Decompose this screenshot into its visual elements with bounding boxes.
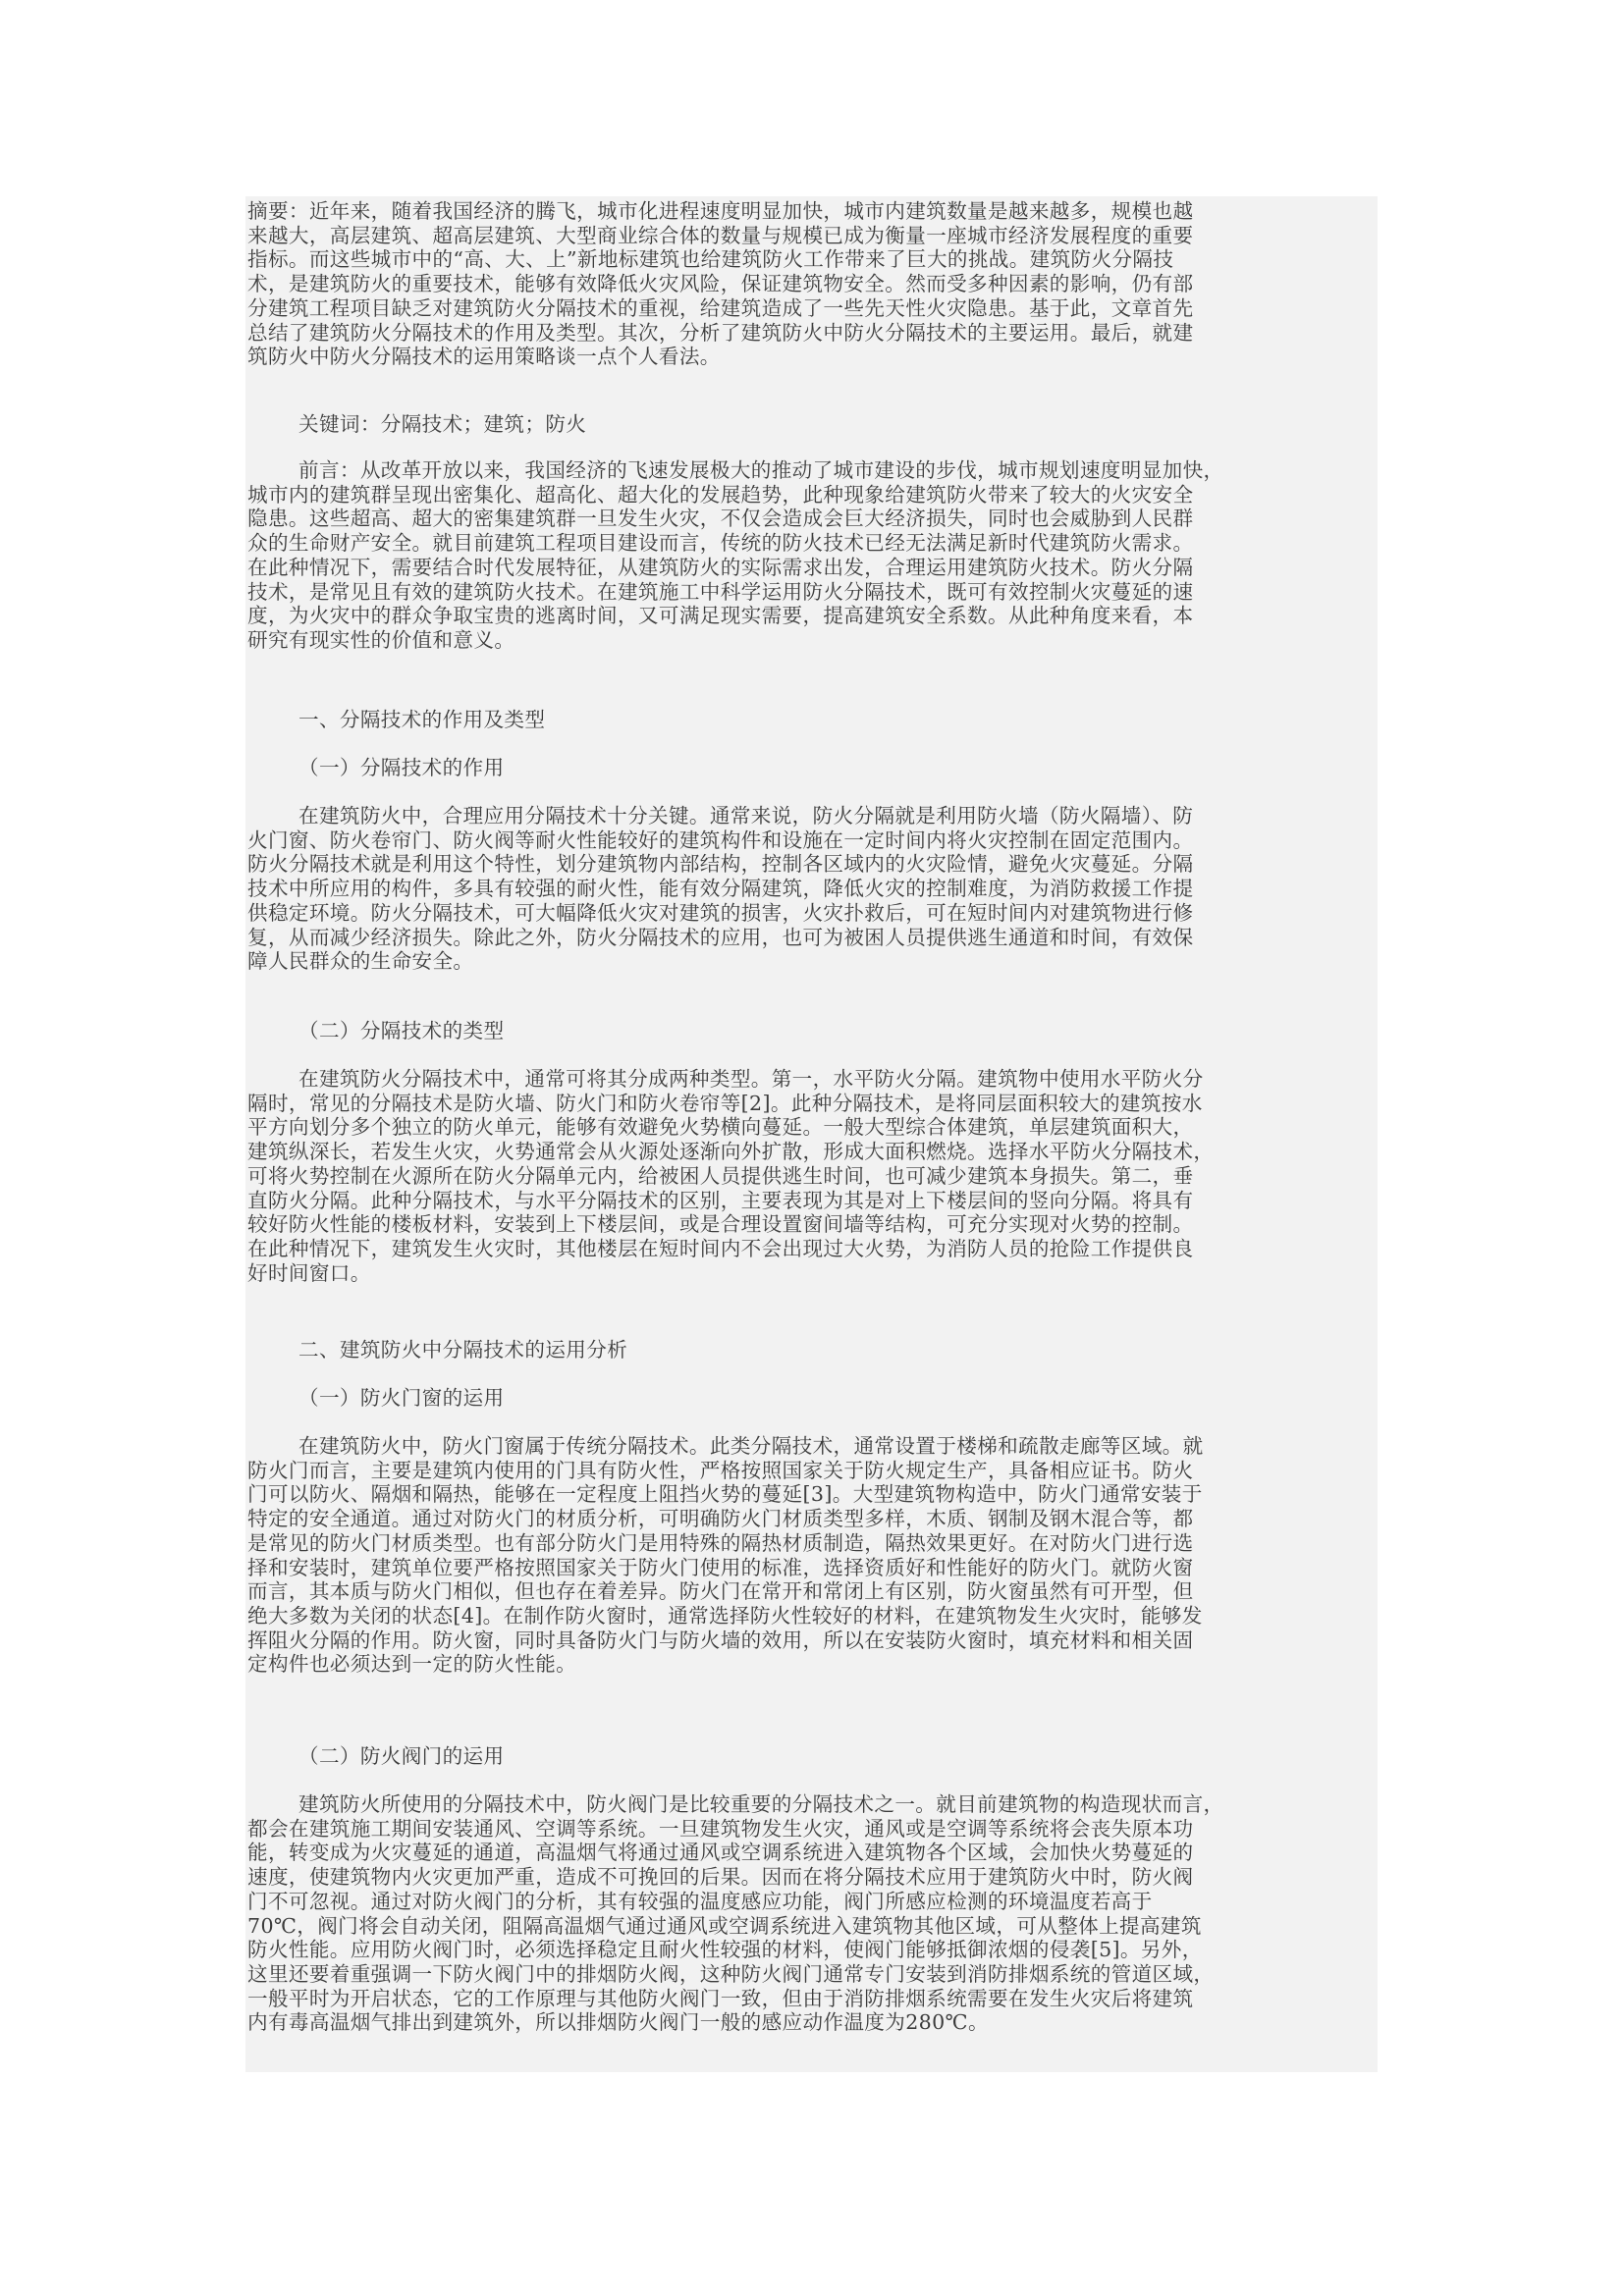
text-line: 在建筑防火中，合理应用分隔技术十分关键。通常来说，防火分隔就是利用防火墙（防火隔… bbox=[247, 804, 1386, 828]
text-line: 摘要：近年来，随着我国经济的腾飞，城市化进程速度明显加快，城市内建筑数量是越来越… bbox=[247, 199, 1386, 224]
text-line: 隐患。这些超高、超大的密集建筑群一旦发生火灾，不仅会造成会巨大经济损失，同时也会… bbox=[247, 507, 1386, 531]
keywords-paragraph: 关键词：分隔技术；建筑；防火 bbox=[247, 412, 1386, 437]
text-line: 火门窗、防火卷帘门、防火阀等耐火性能较好的建筑构件和设施在一定时间内将火灾控制在… bbox=[247, 828, 1386, 853]
heading-text: （二）分隔技术的类型 bbox=[247, 1019, 1386, 1043]
text-line: 技术中所应用的构件，多具有较强的耐火性，能有效分隔建筑，降低火灾的控制难度，为消… bbox=[247, 877, 1386, 901]
text-line: 好时间窗口。 bbox=[247, 1261, 1386, 1286]
text-line: 绝大多数为关闭的状态[4]。在制作防火窗时，通常选择防火性较好的材料，在建筑物发… bbox=[247, 1604, 1386, 1629]
section-2-1-heading: （一）防火门窗的运用 bbox=[247, 1386, 1386, 1411]
text-line: 速度，使建筑物内火灾更加严重，造成不可挽回的后果。因而在将分隔技术应用于建筑防火… bbox=[247, 1865, 1386, 1890]
text-line: 能，转变成为火灾蔓延的通道，高温烟气将通过通风或空调系统进入建筑物各个区域，会加… bbox=[247, 1841, 1386, 1865]
section-1-1-paragraph: 在建筑防火中，合理应用分隔技术十分关键。通常来说，防火分隔就是利用防火墙（防火隔… bbox=[247, 804, 1386, 974]
text-line: 分建筑工程项目缺乏对建筑防火分隔技术的重视，给建筑造成了一些先天性火灾隐患。基于… bbox=[247, 296, 1386, 321]
text-line: 一般平时为开启状态，它的工作原理与其他防火阀门一致，但由于消防排烟系统需要在发生… bbox=[247, 1987, 1386, 2011]
text-line: 特定的安全通道。通过对防火门的材质分析，可明确防火门材质类型多样，木质、钢制及钢… bbox=[247, 1507, 1386, 1531]
section-1-1-heading: （一）分隔技术的作用 bbox=[247, 756, 1386, 780]
text-line: 防火性能。应用防火阀门时，必须选择稳定且耐火性较强的材料，使阀门能够抵御浓烟的侵… bbox=[247, 1938, 1386, 1962]
text-line: 门不可忽视。通过对防火阀门的分析，其有较强的温度感应功能，阀门所感应检测的环境温… bbox=[247, 1890, 1386, 1914]
text-line: 指标。而这些城市中的“高、大、上”新地标建筑也给建筑防火工作带来了巨大的挑战。建… bbox=[247, 247, 1386, 272]
text-line: 在此种情况下，需要结合时代发展特征，从建筑防火的实际需求出发，合理运用建筑防火技… bbox=[247, 556, 1386, 580]
text-line: 筑防火中防火分隔技术的运用策略谈一点个人看法。 bbox=[247, 345, 1386, 369]
text-line: 可将火势控制在火源所在防火分隔单元内，给被困人员提供逃生时间，也可减少建筑本身损… bbox=[247, 1164, 1386, 1189]
section-2-1-paragraph: 在建筑防火中，防火门窗属于传统分隔技术。此类分隔技术，通常设置于楼梯和疏散走廊等… bbox=[247, 1434, 1386, 1677]
text-line: 度，为火灾中的群众争取宝贵的逃离时间，又可满足现实需要，提高建筑安全系数。从此种… bbox=[247, 604, 1386, 628]
section-1-2-paragraph: 在建筑防火分隔技术中，通常可将其分成两种类型。第一，水平防火分隔。建筑物中使用水… bbox=[247, 1067, 1386, 1285]
text-line: 供稳定环境。防火分隔技术，可大幅降低火灾对建筑的损害，火灾扑救后，可在短时间内对… bbox=[247, 901, 1386, 926]
preface-paragraph: 前言：从改革开放以来，我国经济的飞速发展极大的推动了城市建设的步伐，城市规划速度… bbox=[247, 458, 1386, 653]
text-line: 前言：从改革开放以来，我国经济的飞速发展极大的推动了城市建设的步伐，城市规划速度… bbox=[247, 458, 1386, 483]
text-line: 研究有现实性的价值和意义。 bbox=[247, 628, 1386, 653]
text-line: 总结了建筑防火分隔技术的作用及类型。其次，分析了建筑防火中防火分隔技术的主要运用… bbox=[247, 321, 1386, 346]
text-line: 直防火分隔。此种分隔技术，与水平分隔技术的区别，主要表现为其是对上下楼层间的竖向… bbox=[247, 1189, 1386, 1213]
text-line: 防火分隔技术就是利用这个特性，划分建筑物内部结构，控制各区域内的火灾险情，避免火… bbox=[247, 852, 1386, 877]
text-line: 城市内的建筑群呈现出密集化、超高化、超大化的发展趋势，此种现象给建筑防火带来了较… bbox=[247, 483, 1386, 507]
section-2-2-paragraph: 建筑防火所使用的分隔技术中，防火阀门是比较重要的分隔技术之一。就目前建筑物的构造… bbox=[247, 1792, 1386, 2035]
text-line: 复，从而减少经济损失。除此之外，防火分隔技术的应用，也可为被困人员提供逃生通道和… bbox=[247, 926, 1386, 950]
text-line: 而言，其本质与防火门相似，但也存在着差异。防火门在常开和常闭上有区别，防火窗虽然… bbox=[247, 1579, 1386, 1604]
text-line: 这里还要着重强调一下防火阀门中的排烟防火阀，这种防火阀门通常专门安装到消防排烟系… bbox=[247, 1962, 1386, 1987]
text-line: 挥阻火分隔的作用。防火窗，同时具备防火门与防火墙的效用，所以在安装防火窗时，填充… bbox=[247, 1629, 1386, 1653]
text-line: 技术，是常见且有效的建筑防火技术。在建筑施工中科学运用防火分隔技术，既可有效控制… bbox=[247, 580, 1386, 605]
text-line: 平方向划分多个独立的防火单元，能够有效避免火势横向蔓延。一般大型综合体建筑，单层… bbox=[247, 1115, 1386, 1140]
text-line: 众的生命财产安全。就目前建筑工程项目建设而言，传统的防火技术已经无法满足新时代建… bbox=[247, 531, 1386, 556]
heading-text: （一）防火门窗的运用 bbox=[247, 1386, 1386, 1411]
text-line: 内有毒高温烟气排出到建筑外，所以排烟防火阀门一般的感应动作温度为280℃。 bbox=[247, 2010, 1386, 2035]
text-line: 来越大，高层建筑、超高层建筑、大型商业综合体的数量与规模已成为衡量一座城市经济发… bbox=[247, 224, 1386, 248]
text-line: 择和安装时，建筑单位要严格按照国家关于防火门使用的标准，选择资质好和性能好的防火… bbox=[247, 1556, 1386, 1580]
text-line: 门可以防火、隔烟和隔热，能够在一定程度上阻挡火势的蔓延[3]。大型建筑物构造中，… bbox=[247, 1482, 1386, 1507]
text-line: 定构件也必须达到一定的防火性能。 bbox=[247, 1652, 1386, 1677]
text-line: 70℃，阀门将会自动关闭，阻隔高温烟气通过通风或空调系统进入建筑物其他区域，可从… bbox=[247, 1914, 1386, 1939]
section-1-2-heading: （二）分隔技术的类型 bbox=[247, 1019, 1386, 1043]
heading-text: 一、分隔技术的作用及类型 bbox=[247, 708, 1386, 732]
text-line: 在建筑防火中，防火门窗属于传统分隔技术。此类分隔技术，通常设置于楼梯和疏散走廊等… bbox=[247, 1434, 1386, 1459]
section-1-heading: 一、分隔技术的作用及类型 bbox=[247, 708, 1386, 732]
heading-text: （一）分隔技术的作用 bbox=[247, 756, 1386, 780]
text-line: 障人民群众的生命安全。 bbox=[247, 949, 1386, 974]
text-line: 防火门而言，主要是建筑内使用的门具有防火性，严格按照国家关于防火规定生产，具备相… bbox=[247, 1459, 1386, 1483]
heading-text: （二）防火阀门的运用 bbox=[247, 1744, 1386, 1769]
text-line: 隔时，常见的分隔技术是防火墙、防火门和防火卷帘等[2]。此种分隔技术，是将同层面… bbox=[247, 1092, 1386, 1116]
abstract-paragraph: 摘要：近年来，随着我国经济的腾飞，城市化进程速度明显加快，城市内建筑数量是越来越… bbox=[247, 199, 1386, 369]
section-2-heading: 二、建筑防火中分隔技术的运用分析 bbox=[247, 1338, 1386, 1362]
text-line: 在此种情况下，建筑发生火灾时，其他楼层在短时间内不会出现过大火势，为消防人员的抢… bbox=[247, 1237, 1386, 1261]
section-2-2-heading: （二）防火阀门的运用 bbox=[247, 1744, 1386, 1769]
keywords-line: 关键词：分隔技术；建筑；防火 bbox=[247, 412, 1386, 437]
text-line: 较好防火性能的楼板材料，安装到上下楼层间，或是合理设置窗间墙等结构，可充分实现对… bbox=[247, 1212, 1386, 1237]
text-line: 建筑纵深长，若发生火灾，火势通常会从火源处逐渐向外扩散，形成大面积燃烧。选择水平… bbox=[247, 1140, 1386, 1164]
text-line: 在建筑防火分隔技术中，通常可将其分成两种类型。第一，水平防火分隔。建筑物中使用水… bbox=[247, 1067, 1386, 1092]
text-line: 术，是建筑防火的重要技术，能够有效降低火灾风险，保证建筑物安全。然而受多种因素的… bbox=[247, 272, 1386, 296]
heading-text: 二、建筑防火中分隔技术的运用分析 bbox=[247, 1338, 1386, 1362]
text-line: 是常见的防火门材质类型。也有部分防火门是用特殊的隔热材质制造，隔热效果更好。在对… bbox=[247, 1531, 1386, 1556]
text-line: 建筑防火所使用的分隔技术中，防火阀门是比较重要的分隔技术之一。就目前建筑物的构造… bbox=[247, 1792, 1386, 1817]
text-line: 都会在建筑施工期间安装通风、空调等系统。一旦建筑物发生火灾，通风或是空调等系统将… bbox=[247, 1817, 1386, 1842]
